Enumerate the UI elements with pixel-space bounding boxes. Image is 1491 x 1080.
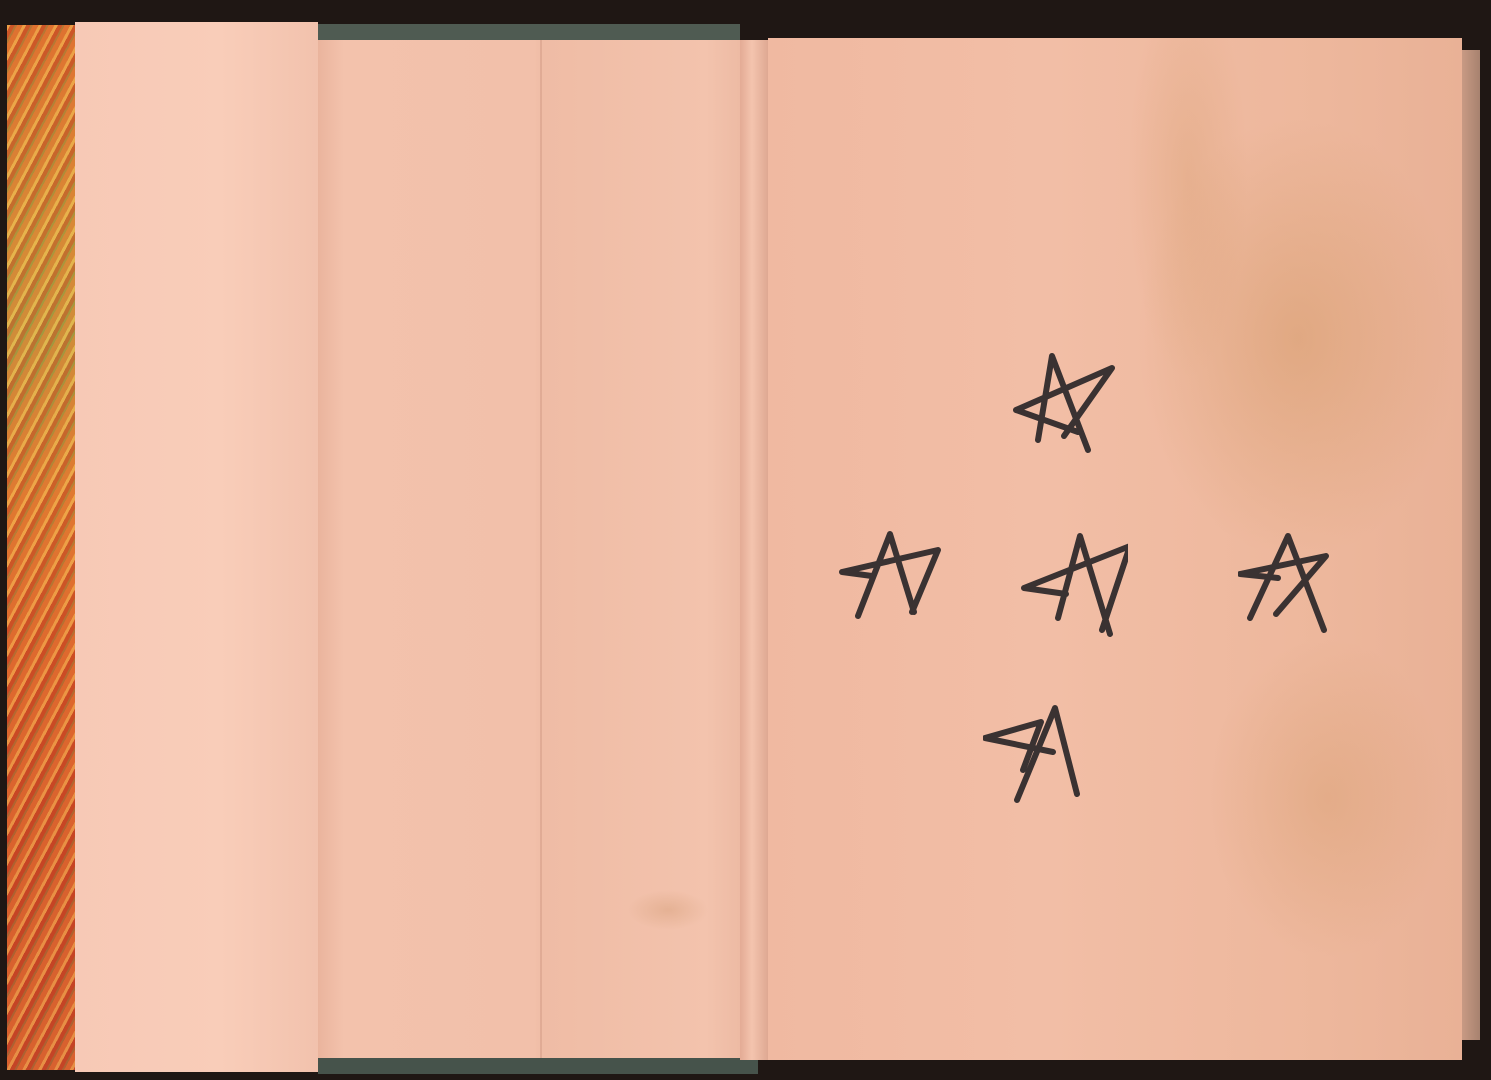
page-block-edge <box>1462 50 1480 1040</box>
star-drawing-right <box>1238 532 1348 642</box>
marbled-edge <box>7 25 75 1070</box>
book-gutter <box>740 40 770 1060</box>
star-drawing-center <box>1018 530 1128 640</box>
fold-crease <box>540 40 542 1060</box>
flyleaf-page <box>75 22 318 1072</box>
cloth-binding-bottom <box>318 1058 758 1074</box>
star-drawing-top <box>1008 348 1118 458</box>
left-pastedown <box>318 40 750 1060</box>
star-drawing-left <box>838 528 948 638</box>
star-drawing-bottom <box>983 696 1093 806</box>
